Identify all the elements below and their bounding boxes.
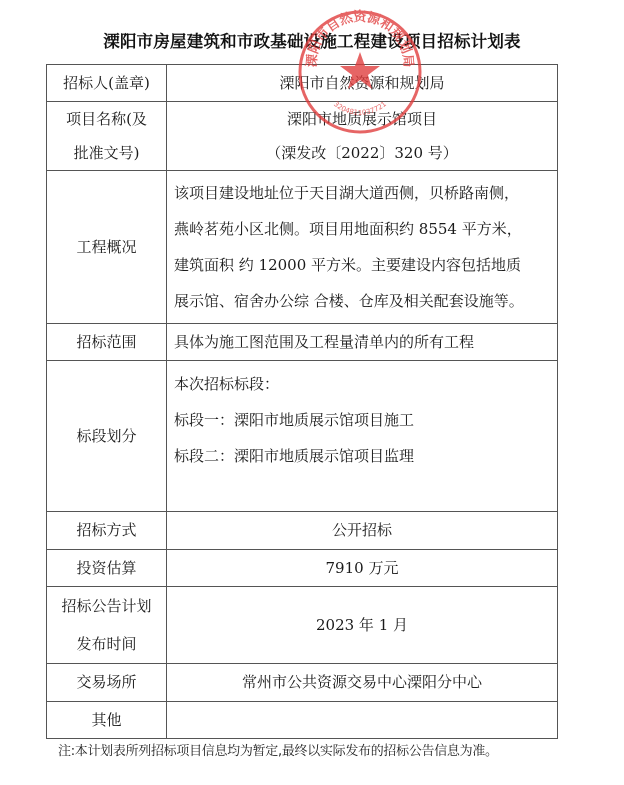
row-overview: 工程概况 该项目建设地址位于天目湖大道西侧，贝桥路南侧， 燕岭茗苑小区北侧。项目… <box>47 171 558 324</box>
row-venue: 交易场所 常州市公共资源交易中心溧阳分中心 <box>47 664 558 702</box>
overview-line: 燕岭茗苑小区北侧。项目用地面积约 8554 平方米， <box>174 211 557 247</box>
label-project-name: 项目名称(及 批准文号) <box>47 102 167 171</box>
section-one: 标段一：溧阳市地质展示馆项目施工 <box>174 402 557 438</box>
row-scope: 招标范围 具体为施工图范围及工程量清单内的所有工程 <box>47 324 558 361</box>
row-other: 其他 <box>47 702 558 739</box>
document-title: 溧阳市房屋建筑和市政基础设施工程建设项目招标计划表 <box>0 28 624 52</box>
value-other <box>167 702 558 739</box>
value-project-name: 溧阳市地质展示馆项目 （溧发改〔2022〕320 号） <box>167 102 558 171</box>
value-overview: 该项目建设地址位于天目湖大道西侧，贝桥路南侧， 燕岭茗苑小区北侧。项目用地面积约… <box>167 171 558 324</box>
label-line: 招标公告计划 <box>47 587 166 625</box>
row-sections: 标段划分 本次招标标段： 标段一：溧阳市地质展示馆项目施工 标段二：溧阳市地质展… <box>47 361 558 512</box>
project-name-text: 溧阳市地质展示馆项目 <box>167 102 557 136</box>
row-method: 招标方式 公开招标 <box>47 512 558 550</box>
label-investment: 投资估算 <box>47 550 167 587</box>
label-method: 招标方式 <box>47 512 167 550</box>
label-other: 其他 <box>47 702 167 739</box>
value-publish-time: 2023 年 1 月 <box>167 587 558 664</box>
value-scope: 具体为施工图范围及工程量清单内的所有工程 <box>167 324 558 361</box>
value-investment: 7910 万元 <box>167 550 558 587</box>
overview-line: 该项目建设地址位于天目湖大道西侧，贝桥路南侧， <box>174 175 557 211</box>
label-scope: 招标范围 <box>47 324 167 361</box>
label-publish-time: 招标公告计划 发布时间 <box>47 587 167 664</box>
row-investment: 投资估算 7910 万元 <box>47 550 558 587</box>
value-tenderer: 溧阳市自然资源和规划局 <box>167 65 558 102</box>
value-sections: 本次招标标段： 标段一：溧阳市地质展示馆项目施工 标段二：溧阳市地质展示馆项目监… <box>167 361 558 512</box>
section-two: 标段二：溧阳市地质展示馆项目监理 <box>174 438 557 474</box>
row-project-name: 项目名称(及 批准文号) 溧阳市地质展示馆项目 （溧发改〔2022〕320 号） <box>47 102 558 171</box>
tender-plan-table: 招标人(盖章) 溧阳市自然资源和规划局 项目名称(及 批准文号) 溧阳市地质展示… <box>46 64 558 739</box>
label-line: 批准文号) <box>47 136 166 170</box>
approval-number-text: （溧发改〔2022〕320 号） <box>167 136 557 170</box>
overview-line: 建筑面积 约 12000 平方米。主要建设内容包括地质 <box>174 247 557 283</box>
row-publish-time: 招标公告计划 发布时间 2023 年 1 月 <box>47 587 558 664</box>
label-line: 项目名称(及 <box>47 102 166 136</box>
label-venue: 交易场所 <box>47 664 167 702</box>
label-tenderer: 招标人(盖章) <box>47 65 167 102</box>
label-overview: 工程概况 <box>47 171 167 324</box>
value-method: 公开招标 <box>167 512 558 550</box>
overview-line: 展示馆、宿舍办公综 合楼、仓库及相关配套设施等。 <box>174 283 557 319</box>
footnote: 注:本计划表所列招标项目信息均为暂定,最终以实际发布的招标公告信息为准。 <box>58 740 498 759</box>
label-sections: 标段划分 <box>47 361 167 512</box>
label-line: 发布时间 <box>47 625 166 663</box>
value-venue: 常州市公共资源交易中心溧阳分中心 <box>167 664 558 702</box>
sections-intro: 本次招标标段： <box>174 366 557 402</box>
row-tenderer: 招标人(盖章) 溧阳市自然资源和规划局 <box>47 65 558 102</box>
